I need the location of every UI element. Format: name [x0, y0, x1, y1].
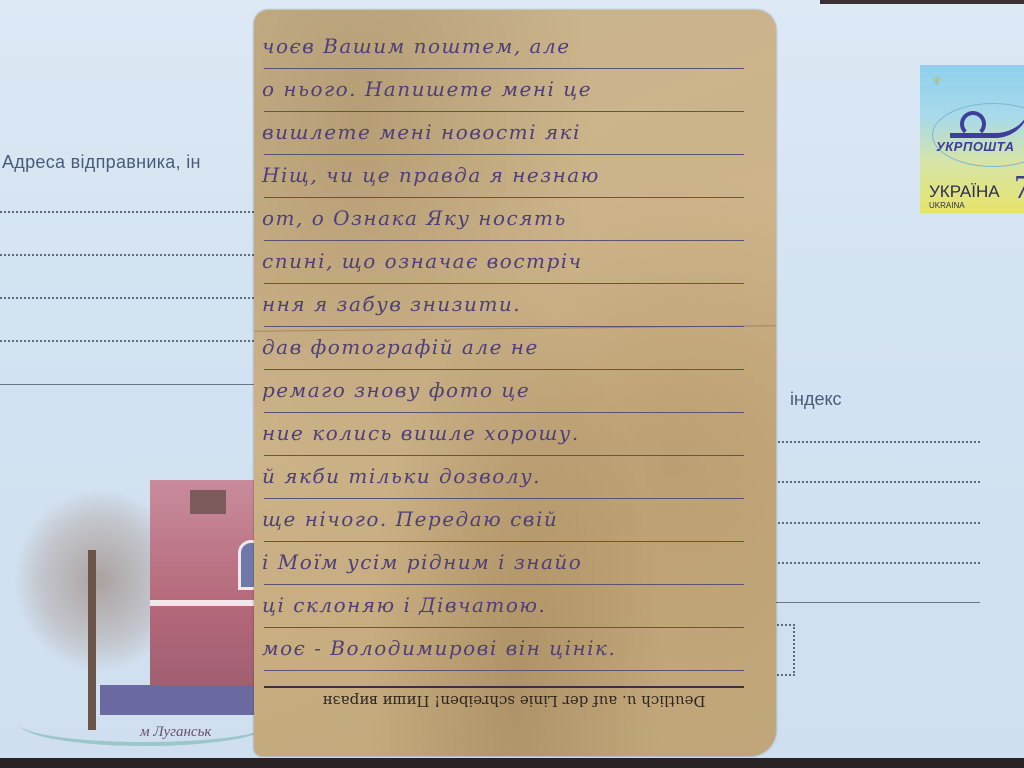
recipient-line	[774, 441, 980, 443]
recipient-line	[774, 522, 980, 524]
building-graphic	[150, 480, 270, 710]
ruled-line	[264, 498, 744, 499]
ruled-line	[264, 240, 744, 241]
recipient-line	[774, 602, 980, 603]
ruled-line	[264, 154, 744, 155]
handwritten-line: вишлете мені новості які	[262, 120, 581, 144]
stamp-country-latin: UKRAINA	[929, 201, 965, 210]
address-line	[0, 340, 262, 342]
post-horn-loop	[960, 111, 986, 137]
trident-icon: ♆	[930, 71, 944, 92]
footer-rule	[264, 686, 744, 688]
background-edge	[0, 758, 1024, 768]
handwritten-line: о нього. Напишете мені це	[262, 77, 592, 101]
background-edge	[820, 0, 1024, 4]
postal-index-label: індекс	[790, 389, 842, 410]
handwritten-line: ці склоняю і Дівчатою.	[262, 593, 546, 617]
handwritten-letter: чоєв Вашим поштем, алео нього. Напишете …	[254, 10, 776, 756]
handwritten-line: ние колись вишле хорошу.	[262, 421, 580, 445]
ruled-line	[264, 283, 744, 284]
address-line	[0, 254, 262, 256]
postage-stamp: ♆ УКРПОШТА УКРАЇНА UKRAINA 70	[920, 65, 1024, 213]
handwritten-line: дав фотографій але не	[262, 335, 539, 359]
handwritten-line: ння я забув знизити.	[262, 292, 521, 316]
handwritten-line: Ніщ, чи це правда я незнаю	[262, 163, 600, 187]
ruled-line	[264, 326, 744, 327]
postal-index-box	[773, 624, 795, 676]
ruled-line	[264, 541, 744, 542]
sender-address-label: Адреса відправника, ін	[2, 152, 201, 173]
handwritten-line: й якби тільки дозволу.	[262, 464, 541, 488]
printed-instruction: Deutlich u. auf der Linie schreiben! Пиш…	[274, 692, 754, 710]
ruled-line	[264, 670, 744, 671]
stamp-value: 70	[1014, 169, 1024, 207]
handwritten-line: ремаго знову фото це	[262, 378, 530, 402]
handwritten-line: ще нічого. Передаю свій	[262, 507, 558, 531]
building-tower	[190, 490, 226, 514]
ruled-line	[264, 627, 744, 628]
handwritten-line: от, о Ознака Яку носять	[262, 206, 567, 230]
handwritten-line: моє - Володимирові він цінік.	[262, 636, 616, 660]
city-illustration: м Луганськ	[0, 470, 270, 760]
building-band	[150, 600, 270, 606]
recipient-line	[774, 562, 980, 564]
recipient-line	[774, 481, 980, 483]
ruled-line	[264, 412, 744, 413]
ruled-line	[264, 197, 744, 198]
ruled-line	[264, 68, 744, 69]
address-line	[0, 211, 262, 213]
ruled-line	[264, 584, 744, 585]
handwritten-line: чоєв Вашим поштем, але	[262, 34, 571, 58]
stamp-country: УКРАЇНА	[929, 182, 1000, 202]
ruled-line	[264, 455, 744, 456]
city-caption: м Луганськ	[140, 724, 211, 741]
ruled-line	[264, 369, 744, 370]
stamp-brand: УКРПОШТА	[936, 139, 1015, 154]
handwritten-line: і Моїм усім рідним і знайо	[262, 550, 582, 574]
address-line	[0, 384, 262, 385]
address-line	[0, 297, 262, 299]
handwritten-line: спині, що означає востріч	[262, 249, 583, 273]
ruled-line	[264, 111, 744, 112]
